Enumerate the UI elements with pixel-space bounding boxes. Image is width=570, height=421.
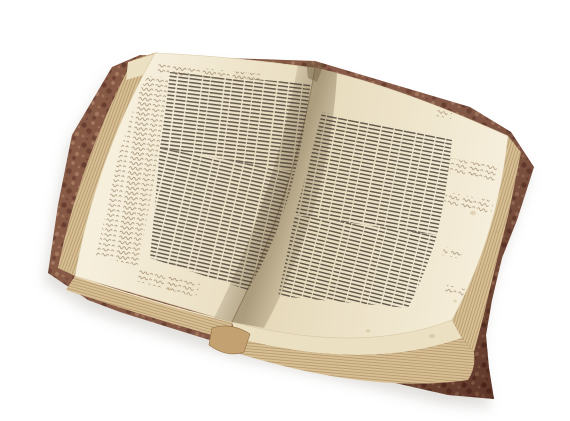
book-photo <box>0 0 570 421</box>
foxing-spot <box>470 211 476 215</box>
foxing-spot <box>495 230 500 233</box>
photo-canvas <box>0 0 570 421</box>
foxing-spot <box>429 334 435 338</box>
foxing-spot <box>342 299 346 302</box>
foxing-spot <box>453 300 457 303</box>
foxing-spot <box>366 329 370 332</box>
foxing-spot <box>304 87 308 90</box>
foxing-spot <box>167 287 172 290</box>
foxing-spot <box>415 354 420 358</box>
